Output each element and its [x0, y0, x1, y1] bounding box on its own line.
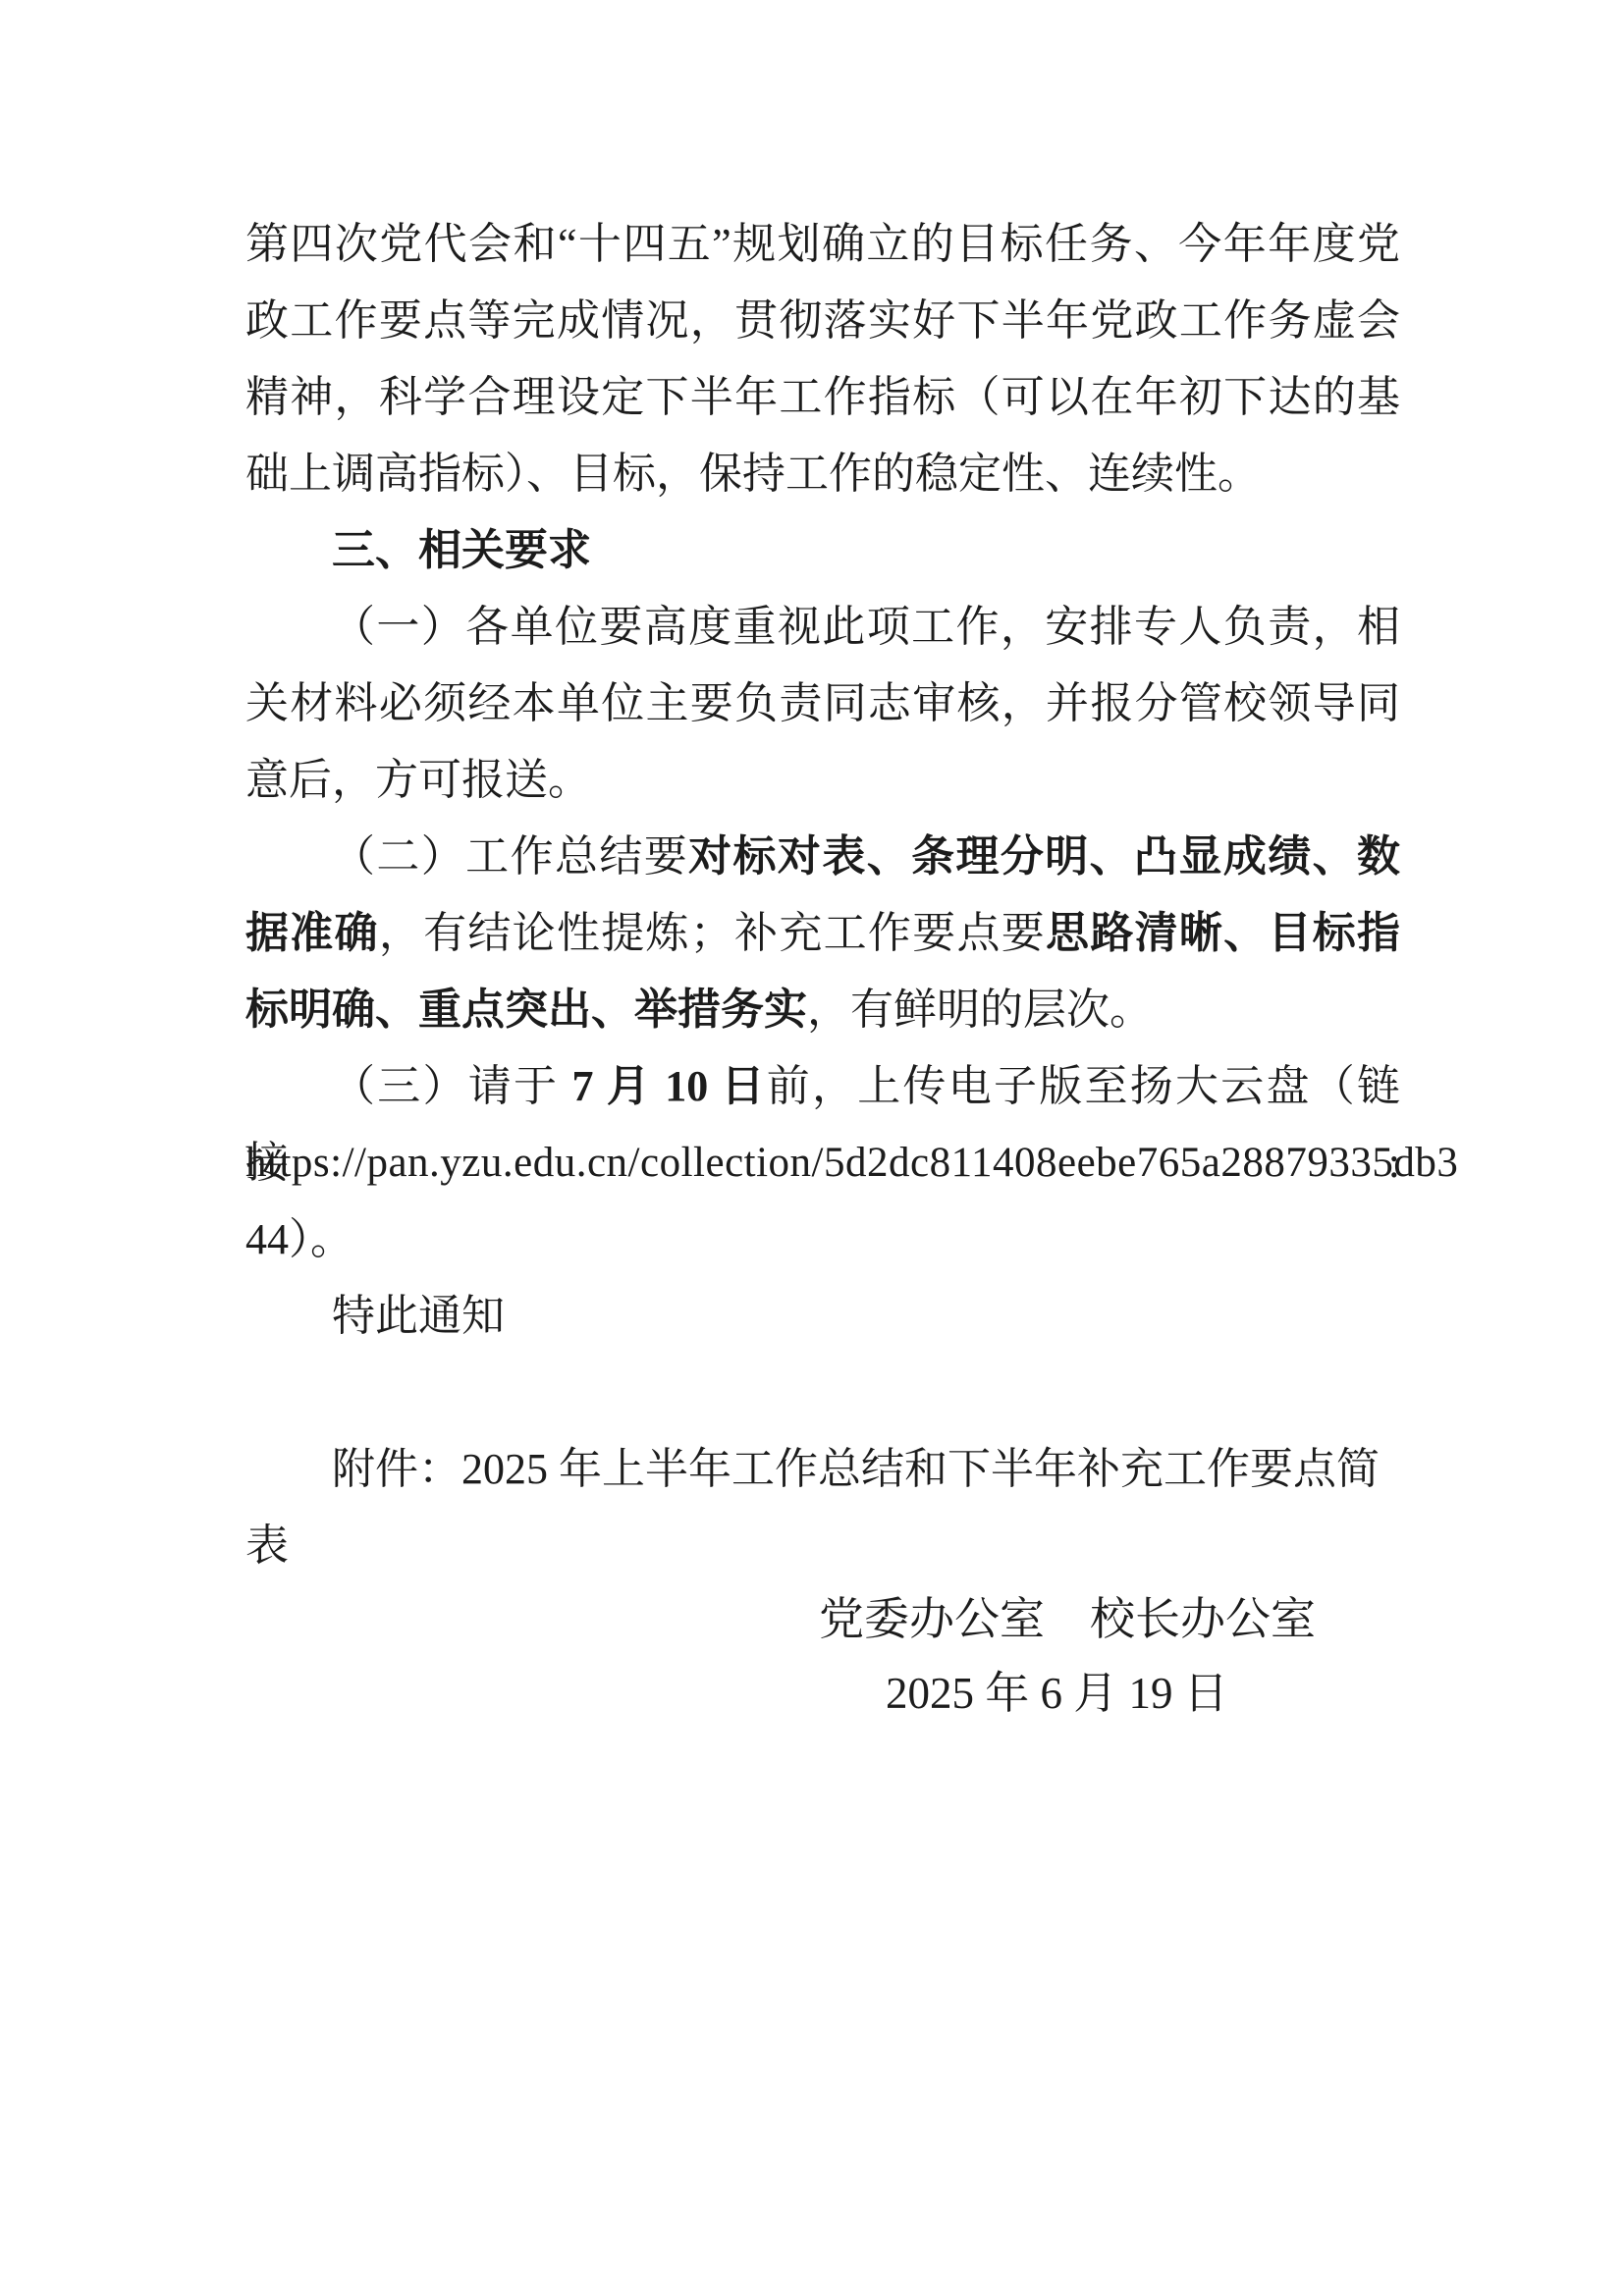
url-continuation-line: 44）。 [245, 1201, 1400, 1278]
blank-line [245, 1355, 1400, 1431]
bold-emphasis-run: 据准确 [245, 909, 379, 957]
issuing-offices: 党委办公室 校长办公室 [819, 1581, 1316, 1658]
item-3-line-1: （三）请于 7 月 10 日前，上传电子版至扬大云盘（链接: [245, 1048, 1400, 1125]
text-run: 附件：2025 年上半年工作总结和下半年补充工作要点简表 [245, 1445, 1380, 1570]
bold-emphasis-run: 标明确、重点突出、举措务实 [245, 986, 807, 1034]
closing-notice-line: 特此通知 [245, 1278, 1400, 1355]
item-1-line-2: 关材料必须经本单位主要负责同志审核，并报分管校领导同 [245, 666, 1400, 742]
text-run: （三）请于 [332, 1062, 572, 1110]
body-line-3: 精神，科学合理设定下半年工作指标（可以在年初下达的基 [245, 359, 1400, 436]
issue-date: 2025 年 6 月 19 日 [886, 1655, 1228, 1732]
text-run: 础上调高指标）、目标，保持工作的稳定性、连续性。 [245, 450, 1261, 498]
heading-text-run: 三、相关要求 [332, 526, 591, 574]
item-1-line-3: 意后，方可报送。 [245, 742, 1400, 819]
item-1-line-1: （一）各单位要高度重视此项工作，安排专人负责，相 [245, 589, 1400, 666]
text-run: 关材料必须经本单位主要负责同志审核，并报分管校领导同 [245, 679, 1400, 727]
text-run: （二）工作总结要 [332, 832, 688, 881]
offices-text-run: 党委办公室 校长办公室 [819, 1594, 1316, 1644]
text-run: 精神，科学合理设定下半年工作指标（可以在年初下达的基 [245, 373, 1400, 421]
text-run: 政工作要点等完成情况，贯彻落实好下半年党政工作务虚会 [245, 296, 1400, 345]
item-2-line-3: 标明确、重点突出、举措务实，有鲜明的层次。 [245, 972, 1400, 1048]
text-run: 特此通知 [332, 1292, 505, 1340]
date-text-run: 2025 年 6 月 19 日 [886, 1669, 1228, 1718]
text-run: 第四次党代会和“十四五”规划确立的目标任务、今年年度党 [245, 220, 1400, 268]
item-2-line-2: 据准确，有结论性提炼；补充工作要点要思路清晰、目标指 [245, 895, 1400, 972]
bold-emphasis-run: 对标对表、条理分明、凸显成绩、数 [688, 832, 1400, 881]
attachment-line: 附件：2025 年上半年工作总结和下半年补充工作要点简表 [245, 1431, 1400, 1508]
text-run: 意后，方可报送。 [245, 756, 591, 804]
body-line-1: 第四次党代会和“十四五”规划确立的目标任务、今年年度党 [245, 206, 1400, 283]
section-3-heading: 三、相关要求 [245, 512, 1400, 589]
text-run: 44）。 [245, 1215, 353, 1263]
item-2-line-1: （二）工作总结要对标对表、条理分明、凸显成绩、数 [245, 819, 1400, 895]
cloud-disk-url-line: https://pan.yzu.edu.cn/collection/5d2dc8… [245, 1125, 1400, 1201]
text-run: （一）各单位要高度重视此项工作，安排专人负责，相 [332, 603, 1400, 651]
text-run: ，有结论性提炼；补充工作要点要 [379, 909, 1046, 957]
document-body: 第四次党代会和“十四五”规划确立的目标任务、今年年度党 政工作要点等完成情况，贯… [245, 206, 1400, 1508]
body-line-4: 础上调高指标）、目标，保持工作的稳定性、连续性。 [245, 436, 1400, 512]
bold-emphasis-run: 思路清晰、目标指 [1046, 909, 1400, 957]
url-text-run: https://pan.yzu.edu.cn/collection/5d2dc8… [245, 1140, 1458, 1186]
deadline-date-run: 7 月 10 日 [572, 1062, 767, 1110]
document-page: 第四次党代会和“十四五”规划确立的目标任务、今年年度党 政工作要点等完成情况，贯… [0, 0, 1624, 2296]
text-run: ，有鲜明的层次。 [807, 986, 1153, 1034]
body-line-2: 政工作要点等完成情况，贯彻落实好下半年党政工作务虚会 [245, 283, 1400, 359]
